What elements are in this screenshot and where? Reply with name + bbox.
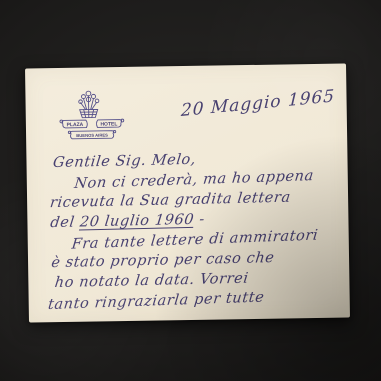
photo-backdrop: PLAZA HOTEL BUENOS AIRES 20 Maggio 1965 …: [0, 0, 381, 381]
letter-line-date-underlined: 20 luglio 1960: [79, 212, 195, 231]
letter-card: PLAZA HOTEL BUENOS AIRES 20 Maggio 1965 …: [25, 63, 350, 322]
letter-body: Gentile Sig. Melo, Non ci crederà, ma ho…: [26, 146, 351, 313]
crest-ribbon-left-label: PLAZA: [67, 122, 84, 128]
letter-line-date-suffix: -: [193, 212, 206, 228]
letter-line-date-prefix: del: [49, 214, 80, 231]
hotel-crest: PLAZA HOTEL BUENOS AIRES: [58, 87, 125, 152]
crest-ribbon-bottom-label: BUENOS AIRES: [76, 133, 108, 139]
letter-date: 20 Maggio 1965: [181, 84, 356, 121]
crest-ribbon-right-label: HOTEL: [100, 121, 117, 127]
